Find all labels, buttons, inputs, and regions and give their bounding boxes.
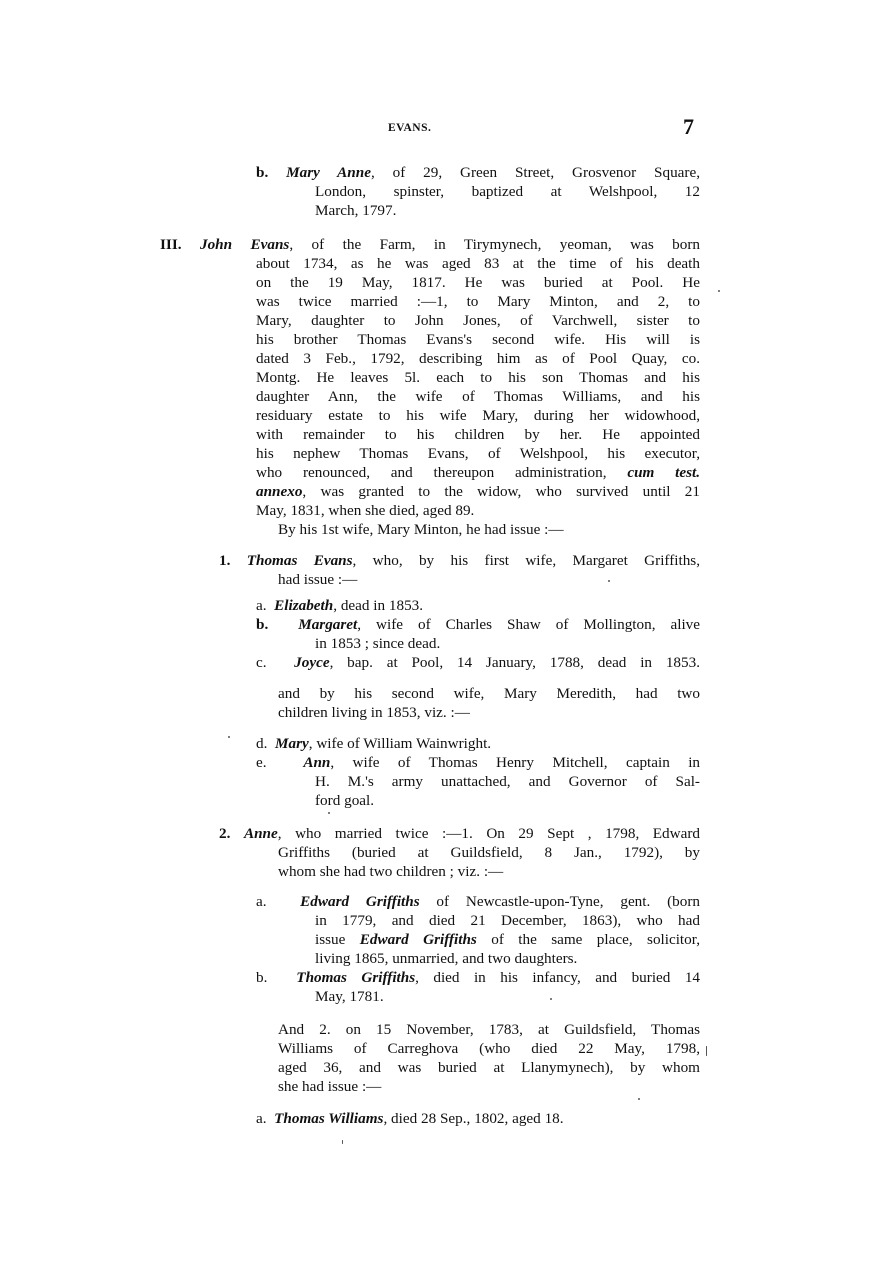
scan-speck (342, 1140, 343, 1144)
entry-anne: 2. Anne, who married twice :—1. On 29 Se… (219, 824, 700, 881)
entry-line: and by his second wife, Mary Meredith, h… (278, 684, 700, 703)
entry-text: issue (315, 931, 360, 948)
entry-line: London, spinster, baptized at Welshpool,… (315, 182, 700, 201)
entry-line: was twice married :—1, to Mary Minton, a… (256, 292, 700, 311)
entry-text: , was granted to the widow, who survived… (302, 483, 700, 500)
entry-text: who renounced, and thereupon administrat… (256, 464, 627, 481)
person-name: Margaret (298, 616, 357, 633)
entry-line: in 1779, and died 21 December, 1863), wh… (315, 911, 700, 930)
entry-text: , dead in 1853. (333, 597, 423, 614)
second-marriage-thomas-evans: and by his second wife, Mary Meredith, h… (278, 684, 700, 722)
entry-line: Williams of Carreghova (who died 22 May,… (278, 1039, 700, 1058)
entry-text: , of 29, Green Street, Grosvenor Square, (371, 164, 700, 181)
entry-mary-anne: b. Mary Anne, of 29, Green Street, Grosv… (256, 163, 700, 220)
page-number: 7 (683, 114, 694, 140)
entry-marker: a. (256, 1110, 267, 1127)
entry-marker: a. (256, 893, 267, 910)
second-marriage-anne: And 2. on 15 November, 1783, at Guildsfi… (278, 1020, 700, 1096)
entry-line: whom she had two children ; viz. :— (278, 862, 700, 881)
person-name: Thomas Williams (274, 1110, 383, 1127)
entry-marker: b. (256, 969, 267, 986)
entry-line: ford goal. (315, 791, 700, 810)
entry-marker: c. (256, 654, 267, 671)
entry-line: 1. Thomas Evans, who, by his first wife,… (219, 551, 700, 570)
child-entry: c. Joyce, bap. at Pool, 14 January, 1788… (256, 653, 700, 672)
entry-line: annexo, was granted to the widow, who su… (256, 482, 700, 501)
entry-line: March, 1797. (315, 201, 700, 220)
person-name: Thomas Evans (247, 552, 353, 569)
scan-speck (608, 580, 610, 582)
entry-line: Griffiths (buried at Guildsfield, 8 Jan.… (278, 843, 700, 862)
entry-line: May, 1781. (315, 987, 700, 1006)
children-anne-first: a. Edward Griffiths of Newcastle-upon-Ty… (256, 892, 700, 1006)
entry-marker: b. (256, 616, 268, 633)
entry-line: aged 36, and was buried at Llanymynech),… (278, 1058, 700, 1077)
child-entry: b. Thomas Griffiths, died in his infancy… (256, 968, 700, 987)
person-name: Mary Anne (286, 164, 371, 181)
entry-line: living 1865, unmarried, and two daughter… (315, 949, 700, 968)
children-anne-second: a. Thomas Williams, died 28 Sep., 1802, … (256, 1109, 700, 1128)
person-name: Edward Griffiths (300, 893, 419, 910)
entry-text: , bap. at Pool, 14 January, 1788, dead i… (330, 654, 700, 671)
entry-line: issue Edward Griffiths of the same place… (315, 930, 700, 949)
entry-line: his brother Thomas Evans's second wife. … (256, 330, 700, 349)
entry-line: dated 3 Feb., 1792, describing him as of… (256, 349, 700, 368)
entry-marker: b. (256, 164, 268, 181)
entry-text: , who married twice :—1. On 29 Sept , 17… (278, 825, 700, 842)
scan-speck (228, 736, 230, 738)
entry-marker: 1. (219, 552, 230, 569)
entry-line: III. John Evans, of the Farm, in Tirymyn… (160, 235, 700, 254)
child-entry: e. Ann, wife of Thomas Henry Mitchell, c… (256, 753, 700, 772)
entry-line: about 1734, as he was aged 83 at the tim… (256, 254, 700, 273)
child-entry: a. Thomas Williams, died 28 Sep., 1802, … (256, 1109, 700, 1128)
entry-text: , of the Farm, in Tirymynech, yeoman, wa… (289, 236, 700, 253)
entry-line: with remainder to his children by her. H… (256, 425, 700, 444)
entry-line: children living in 1853, viz. :— (278, 703, 700, 722)
entry-line: his nephew Thomas Evans, of Welshpool, h… (256, 444, 700, 463)
person-name: Joyce (294, 654, 329, 671)
children-thomas-evans-second: d. Mary, wife of William Wainwright. e. … (256, 734, 700, 810)
entry-line: daughter Ann, the wife of Thomas William… (256, 387, 700, 406)
latin-phrase: cum test. (627, 464, 700, 481)
entry-marker: e. (256, 754, 267, 771)
entry-line: Montg. He leaves 5l. each to his son Tho… (256, 368, 700, 387)
running-header-title: EVANS. (388, 122, 431, 134)
entry-line: 2. Anne, who married twice :—1. On 29 Se… (219, 824, 700, 843)
scan-speck (706, 1046, 707, 1056)
entry-text: , wife of Thomas Henry Mitchell, captain… (330, 754, 700, 771)
entry-text: , wife of William Wainwright. (309, 735, 491, 752)
entry-line: had issue :— (278, 570, 700, 589)
entry-text: of the same place, solicitor, (477, 931, 700, 948)
person-name: John Evans (200, 236, 289, 253)
entry-thomas-evans: 1. Thomas Evans, who, by his first wife,… (219, 551, 700, 589)
entry-line: b. Mary Anne, of 29, Green Street, Grosv… (256, 163, 700, 182)
entry-text: , wife of Charles Shaw of Mollington, al… (357, 616, 700, 633)
child-entry: b. Margaret, wife of Charles Shaw of Mol… (256, 615, 700, 634)
entry-line: who renounced, and thereupon administrat… (256, 463, 700, 482)
entry-line: she had issue :— (278, 1077, 700, 1096)
entry-text: , who, by his first wife, Margaret Griff… (353, 552, 700, 569)
children-thomas-evans-first: a. Elizabeth, dead in 1853. b. Margaret,… (256, 596, 700, 672)
person-name: Elizabeth (274, 597, 333, 614)
entry-marker: III. (160, 236, 182, 253)
child-entry: a. Edward Griffiths of Newcastle-upon-Ty… (256, 892, 700, 911)
entry-text: of Newcastle-upon-Tyne, gent. (born (420, 893, 700, 910)
scan-speck (550, 998, 552, 1000)
entry-line: H. M.'s army unattached, and Governor of… (315, 772, 700, 791)
entry-line: And 2. on 15 November, 1783, at Guildsfi… (278, 1020, 700, 1039)
entry-line: residuary estate to his wife Mary, durin… (256, 406, 700, 425)
scan-speck (638, 1098, 640, 1100)
entry-text: , died in his infancy, and buried 14 (415, 969, 700, 986)
entry-line: Mary, daughter to John Jones, of Varchwe… (256, 311, 700, 330)
document-page: EVANS. 7 b. Mary Anne, of 29, Green Stre… (0, 0, 893, 1263)
entry-line: on the 19 May, 1817. He was buried at Po… (256, 273, 700, 292)
entry-line: in 1853 ; since dead. (315, 634, 700, 653)
person-name: Ann (303, 754, 330, 771)
person-name: Mary (275, 735, 309, 752)
entry-john-evans: III. John Evans, of the Farm, in Tirymyn… (160, 235, 700, 539)
entry-marker: d. (256, 735, 267, 752)
entry-text: , died 28 Sep., 1802, aged 18. (383, 1110, 563, 1127)
entry-line: May, 1831, when she died, aged 89. (256, 501, 700, 520)
person-name: Thomas Griffiths (296, 969, 415, 986)
latin-phrase: annexo (256, 483, 302, 500)
child-entry: a. Elizabeth, dead in 1853. (256, 596, 700, 615)
child-entry: d. Mary, wife of William Wainwright. (256, 734, 700, 753)
person-name: Anne (244, 825, 278, 842)
entry-line: By his 1st wife, Mary Minton, he had iss… (278, 520, 700, 539)
scan-speck (718, 290, 720, 292)
scan-speck (328, 812, 330, 814)
person-name: Edward Griffiths (360, 931, 477, 948)
entry-marker: 2. (219, 825, 230, 842)
entry-marker: a. (256, 597, 267, 614)
